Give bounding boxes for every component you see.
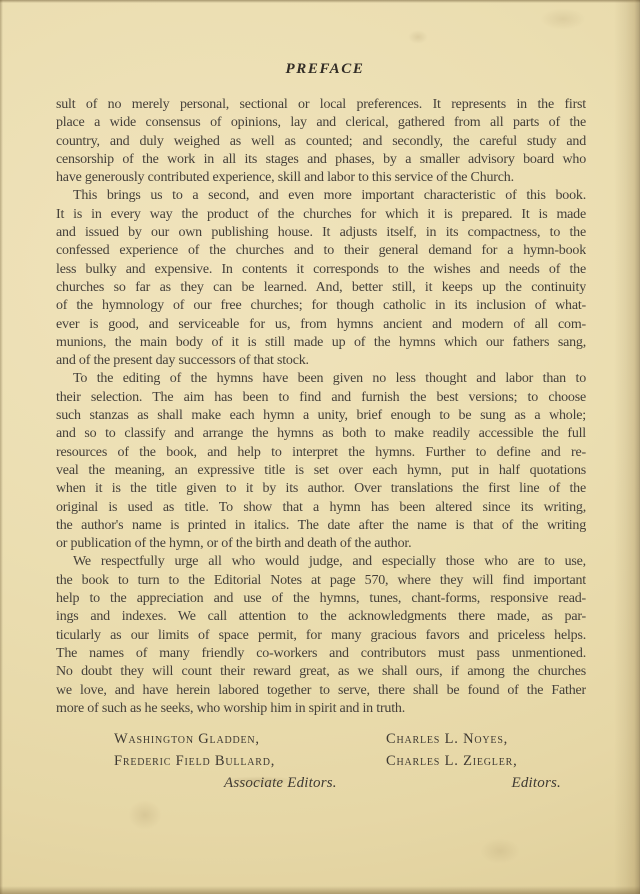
text-line: when it is the title given to it by its …: [56, 480, 586, 498]
signature-role-left: Associate Editors.: [224, 775, 337, 792]
text-line: we love, and have herein labored togethe…: [56, 682, 586, 700]
scan-edge-top: [0, 0, 640, 3]
text-line: ever is good, and serviceable for us, fr…: [56, 316, 586, 334]
paragraph-4: We respectfully urge all who would judge…: [56, 553, 586, 718]
paper-stain: [540, 8, 586, 30]
paragraph-2: This brings us to a second, and even mor…: [56, 187, 586, 370]
signature-block: Washington Gladden, Frederic Field Bulla…: [56, 731, 586, 795]
scan-edge-left: [0, 0, 3, 894]
text-line: the author's name is printed in italics.…: [56, 517, 586, 535]
page-curl-shadow: [614, 0, 640, 894]
page-title: PREFACE: [0, 61, 640, 78]
paragraph-1: sult of no merely personal, sectional or…: [56, 96, 586, 187]
paper-stain: [128, 800, 162, 830]
signature-name-right-2: Charles L. Ziegler,: [386, 753, 518, 770]
text-line: veal the meaning, an expressive title is…: [56, 462, 586, 480]
text-line: No doubt they will count their reward gr…: [56, 663, 586, 681]
text-line: have generously contributed experience, …: [56, 169, 586, 187]
text-line: more of such as he seeks, who worship hi…: [56, 700, 586, 718]
text-line: the book to turn to the Editorial Notes …: [56, 572, 586, 590]
text-line: We respectfully urge all who would judge…: [56, 553, 586, 571]
text-line: ings and indexes. We call attention to t…: [56, 608, 586, 626]
paragraph-3: To the editing of the hymns have been gi…: [56, 370, 586, 553]
text-line: churches so far as they can be learned. …: [56, 279, 586, 297]
text-line: censorship of the work in all its stages…: [56, 151, 586, 169]
text-line: place a wide consensus of opinions, lay …: [56, 114, 586, 132]
text-line: To the editing of the hymns have been gi…: [56, 370, 586, 388]
text-line: ticularly as our limits of space permit,…: [56, 627, 586, 645]
text-line: of the hymnology of our free churches; f…: [56, 297, 586, 315]
text-line: This brings us to a second, and even mor…: [56, 187, 586, 205]
signature-name-right-1: Charles L. Noyes,: [386, 731, 508, 748]
text-line: The names of many friendly co-workers an…: [56, 645, 586, 663]
text-line: and so to classify and arrange the hymns…: [56, 425, 586, 443]
text-line: munions, the main body of it is still ma…: [56, 334, 586, 352]
text-line: such stanzas as shall make each hymn a u…: [56, 407, 586, 425]
text-line: less bulky and expensive. In contents it…: [56, 261, 586, 279]
text-line: sult of no merely personal, sectional or…: [56, 96, 586, 114]
book-page: PREFACE sult of no merely personal, sect…: [0, 0, 640, 894]
text-line: original is used as title. To show that …: [56, 499, 586, 517]
scan-edge-bottom: [0, 886, 640, 894]
signature-role-right: Editors.: [511, 775, 561, 792]
paper-stain: [480, 838, 520, 864]
text-line: their selection. The aim has been to fin…: [56, 389, 586, 407]
text-line: confessed experience of the churches and…: [56, 242, 586, 260]
preface-text: sult of no merely personal, sectional or…: [56, 96, 586, 718]
text-line: country, and duly weighed as well as cou…: [56, 133, 586, 151]
text-line: or publication of the hymn, or of the bi…: [56, 535, 586, 553]
text-line: resources of the book, and help to inter…: [56, 444, 586, 462]
text-line: and of the present day successors of tha…: [56, 352, 586, 370]
text-line: and issued by our own publishing house. …: [56, 224, 586, 242]
text-line: help to the appreciation and use of the …: [56, 590, 586, 608]
signature-name-left-1: Washington Gladden,: [114, 731, 260, 748]
paper-stain: [408, 30, 428, 44]
text-line: It is in every way the product of the ch…: [56, 206, 586, 224]
signature-name-left-2: Frederic Field Bullard,: [114, 753, 275, 770]
